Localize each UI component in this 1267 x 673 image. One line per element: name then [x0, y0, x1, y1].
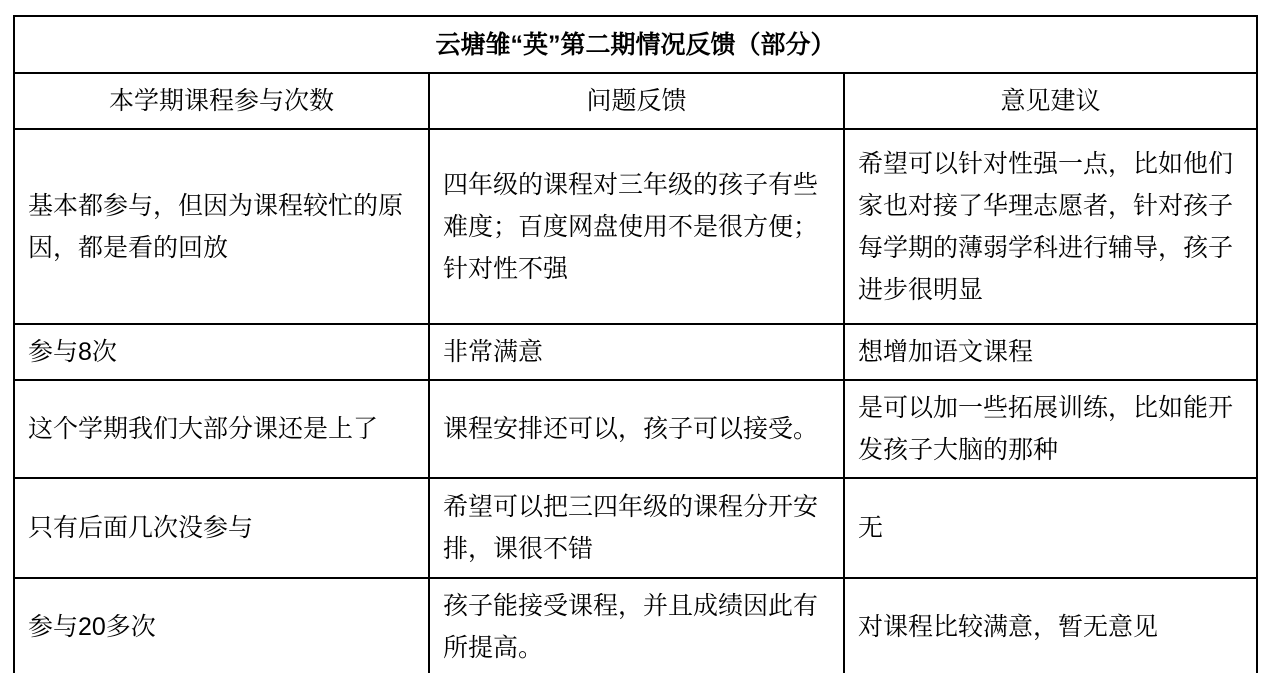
table-cell-suggestion: 想增加语文课程 [844, 324, 1257, 380]
table-row: 参与20多次 孩子能接受课程，并且成绩因此有所提高。 对课程比较满意，暂无意见 [14, 578, 1257, 673]
table-row: 基本都参与，但因为课程较忙的原因，都是看的回放 四年级的课程对三年级的孩子有些难… [14, 129, 1257, 324]
table-cell-suggestion: 无 [844, 478, 1257, 578]
title-row: 云塘雏“英”第二期情况反馈（部分） [14, 16, 1257, 73]
table-cell-participation: 只有后面几次没参与 [14, 478, 429, 578]
column-header-participation-count: 本学期课程参与次数 [14, 73, 429, 129]
table-cell-feedback: 非常满意 [429, 324, 844, 380]
table-row: 参与8次 非常满意 想增加语文课程 [14, 324, 1257, 380]
table-cell-suggestion: 希望可以针对性强一点，比如他们家也对接了华理志愿者，针对孩子每学期的薄弱学科进行… [844, 129, 1257, 324]
table-cell-participation: 这个学期我们大部分课还是上了 [14, 380, 429, 478]
table-cell-participation: 参与8次 [14, 324, 429, 380]
table-row: 这个学期我们大部分课还是上了 课程安排还可以，孩子可以接受。 是可以加一些拓展训… [14, 380, 1257, 478]
table-cell-suggestion: 是可以加一些拓展训练，比如能开发孩子大脑的那种 [844, 380, 1257, 478]
table-title: 云塘雏“英”第二期情况反馈（部分） [14, 16, 1257, 73]
table-cell-participation: 参与20多次 [14, 578, 429, 673]
table-cell-participation: 基本都参与，但因为课程较忙的原因，都是看的回放 [14, 129, 429, 324]
table-cell-feedback: 课程安排还可以，孩子可以接受。 [429, 380, 844, 478]
feedback-table: 云塘雏“英”第二期情况反馈（部分） 本学期课程参与次数 问题反馈 意见建议 基本… [13, 15, 1258, 673]
document-page: 云塘雏“英”第二期情况反馈（部分） 本学期课程参与次数 问题反馈 意见建议 基本… [0, 0, 1267, 673]
table-cell-suggestion: 对课程比较满意，暂无意见 [844, 578, 1257, 673]
table-row: 只有后面几次没参与 希望可以把三四年级的课程分开安排，课很不错 无 [14, 478, 1257, 578]
column-header-suggestions: 意见建议 [844, 73, 1257, 129]
table-cell-feedback: 四年级的课程对三年级的孩子有些难度；百度网盘使用不是很方便；针对性不强 [429, 129, 844, 324]
table-cell-feedback: 希望可以把三四年级的课程分开安排，课很不错 [429, 478, 844, 578]
table-cell-feedback: 孩子能接受课程，并且成绩因此有所提高。 [429, 578, 844, 673]
header-row: 本学期课程参与次数 问题反馈 意见建议 [14, 73, 1257, 129]
column-header-problem-feedback: 问题反馈 [429, 73, 844, 129]
